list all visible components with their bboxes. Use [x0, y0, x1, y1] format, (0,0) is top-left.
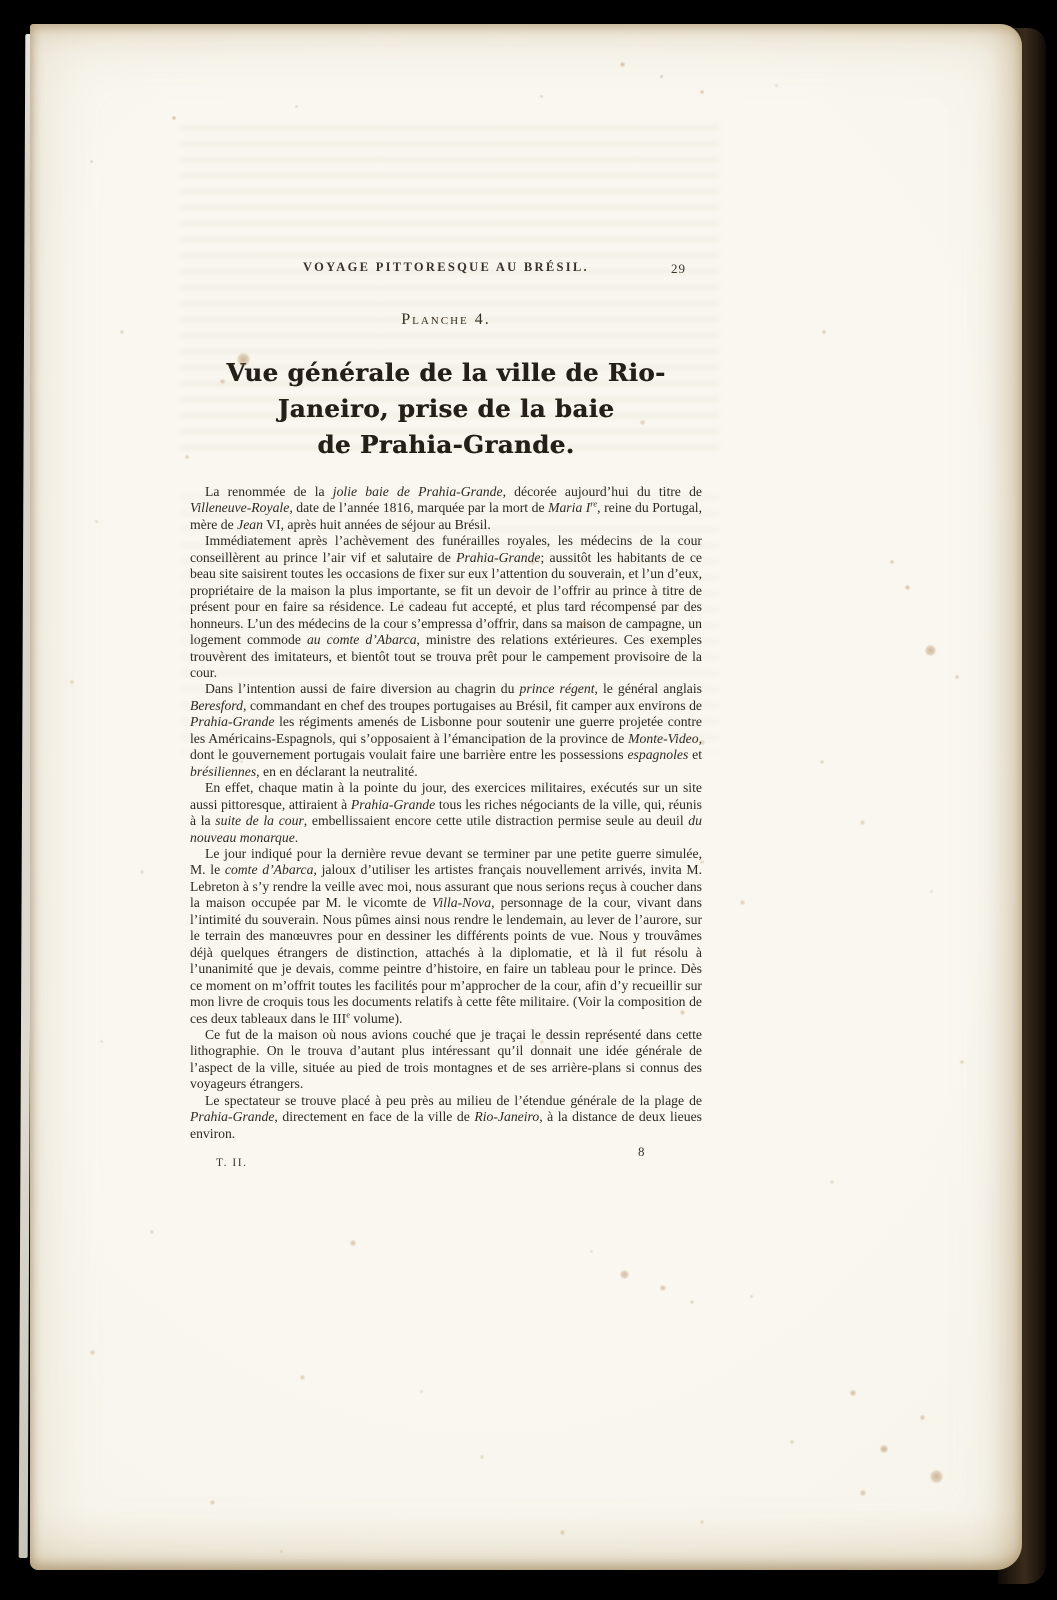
paragraph: Le spectateur se trouve placé à peu près… — [190, 1093, 702, 1142]
foxing-spot — [70, 680, 74, 684]
foxing-spot — [100, 1040, 103, 1043]
foxing-spot — [620, 62, 625, 67]
paragraph: La renommée de la jolie baie de Prahia-G… — [190, 484, 702, 533]
text-block: VOYAGE PITTORESQUE AU BRÉSIL. 29 Planche… — [190, 260, 702, 1180]
foxing-spot — [140, 870, 144, 874]
foxing-spot — [95, 520, 98, 523]
foxing-spot — [920, 1415, 925, 1420]
foxing-spot — [955, 675, 959, 679]
foxing-spot — [930, 890, 933, 893]
paragraph: Immédiatement après l’achèvement des fun… — [190, 533, 702, 681]
title-line-1: Vue générale de la ville de Rio-Janeiro,… — [190, 355, 702, 427]
foxing-spot — [172, 116, 176, 120]
foxing-spot — [860, 1490, 866, 1496]
foxing-spot — [850, 1390, 856, 1396]
foxing-spot — [90, 160, 93, 163]
foxing-spot — [905, 585, 910, 590]
page-number: 29 — [671, 261, 686, 277]
title-line-2: de Prahia-Grande. — [190, 427, 702, 463]
foxing-spot — [700, 1520, 704, 1524]
foxing-spot — [830, 1180, 834, 1184]
foxing-spot — [540, 95, 543, 98]
foxing-spot — [660, 75, 663, 78]
scanner-background: { "scan": { "header": { "running_title":… — [0, 0, 1057, 1600]
foxing-spot — [880, 1445, 888, 1453]
foxing-spot — [775, 84, 778, 87]
foxing-spot — [210, 1500, 215, 1505]
foxing-spot — [560, 1530, 565, 1535]
foxing-spot — [350, 1240, 356, 1246]
foxing-spot — [90, 1350, 95, 1355]
foxing-spot — [690, 1300, 694, 1304]
foxing-spot — [750, 1295, 753, 1298]
foxing-spot — [300, 1375, 305, 1380]
paragraph: En effet, chaque matin à la pointe du jo… — [190, 780, 702, 846]
volume-mark: T. II. — [216, 1157, 247, 1169]
foxing-spot — [820, 760, 824, 764]
foxing-spot — [185, 455, 189, 459]
body-text: La renommée de la jolie baie de Prahia-G… — [190, 484, 702, 1142]
page-footer: T. II. 8 — [190, 1144, 702, 1180]
foxing-spot — [890, 560, 894, 564]
foxing-spot — [480, 1455, 484, 1459]
foxing-spot — [660, 1285, 666, 1291]
foxing-spot — [930, 1470, 943, 1483]
foxing-spot — [740, 900, 745, 905]
plate-label: Planche 4. — [190, 311, 702, 329]
foxing-spot — [420, 1390, 423, 1393]
foxing-spot — [590, 1250, 593, 1253]
foxing-spot — [700, 90, 704, 94]
foxing-spot — [925, 645, 936, 656]
running-header: VOYAGE PITTORESQUE AU BRÉSIL. 29 — [190, 260, 702, 278]
foxing-spot — [150, 1230, 154, 1234]
foxing-spot — [280, 1550, 283, 1553]
foxing-spot — [960, 1060, 964, 1064]
scanned-page: VOYAGE PITTORESQUE AU BRÉSIL. 29 Planche… — [30, 24, 1022, 1570]
foxing-spot — [120, 330, 124, 334]
foxing-spot — [860, 820, 865, 825]
foxing-spot — [790, 1440, 794, 1444]
foxing-spot — [295, 105, 298, 108]
foxing-spot — [620, 1270, 629, 1279]
paragraph: Ce fut de la maison où nous avions couch… — [190, 1027, 702, 1093]
signature-mark: 8 — [638, 1144, 645, 1160]
foxing-spot — [822, 330, 826, 334]
page-title: Vue générale de la ville de Rio-Janeiro,… — [190, 355, 702, 463]
running-title: VOYAGE PITTORESQUE AU BRÉSIL. — [303, 260, 589, 274]
paragraph: Le jour indiqué pour la dernière revue d… — [190, 846, 702, 1027]
paragraph: Dans l’intention aussi de faire diversio… — [190, 681, 702, 780]
